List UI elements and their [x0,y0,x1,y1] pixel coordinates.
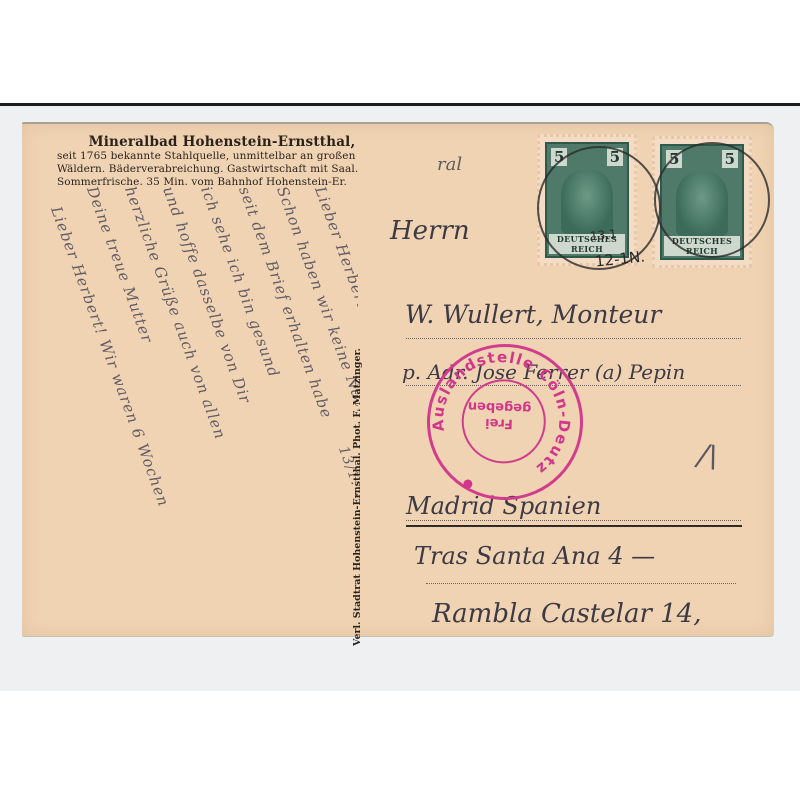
address-street-2: Rambla Castelar 14, [432,599,701,629]
header-line: Wäldern. Bäderverabreichung. Gastwirtsch… [57,163,377,176]
address-line [406,338,741,339]
address-underline [406,525,742,527]
address-salutation: Herrn [390,216,470,246]
postmark-circle [654,142,770,258]
postmark-time: 12-1N. [594,247,646,270]
publisher-imprint: Verl. Stadtrat Hohenstein-Ernstthal. Pho… [352,232,368,646]
postmark-date: 13.1 [589,227,617,244]
header-title: Mineralbad Hohenstein-Ernstthal, [67,134,377,150]
printed-header: Mineralbad Hohenstein-Ernstthal, seit 17… [57,134,377,189]
address-street: Tras Santa Ana 4 — [414,542,655,570]
handwritten-message: Lieber Herbert! Wir waren 6 Wochen Schon… [28,184,358,624]
address-line [406,520,741,521]
header-line: seit 1765 bekannte Stahlquelle, unmittel… [57,150,377,163]
address-line [426,583,736,584]
address-name: W. Wullert, Monteur [405,300,661,329]
censor-stamp: Auslandstelle Cöln-Deutz Frei gegeben [407,324,604,521]
pencil-mark: /\ [696,438,721,475]
censor-center-text: Frei gegeben [449,397,550,432]
postcard: Mineralbad Hohenstein-Ernstthal, seit 17… [22,122,774,637]
pencil-note: ral [437,154,462,175]
